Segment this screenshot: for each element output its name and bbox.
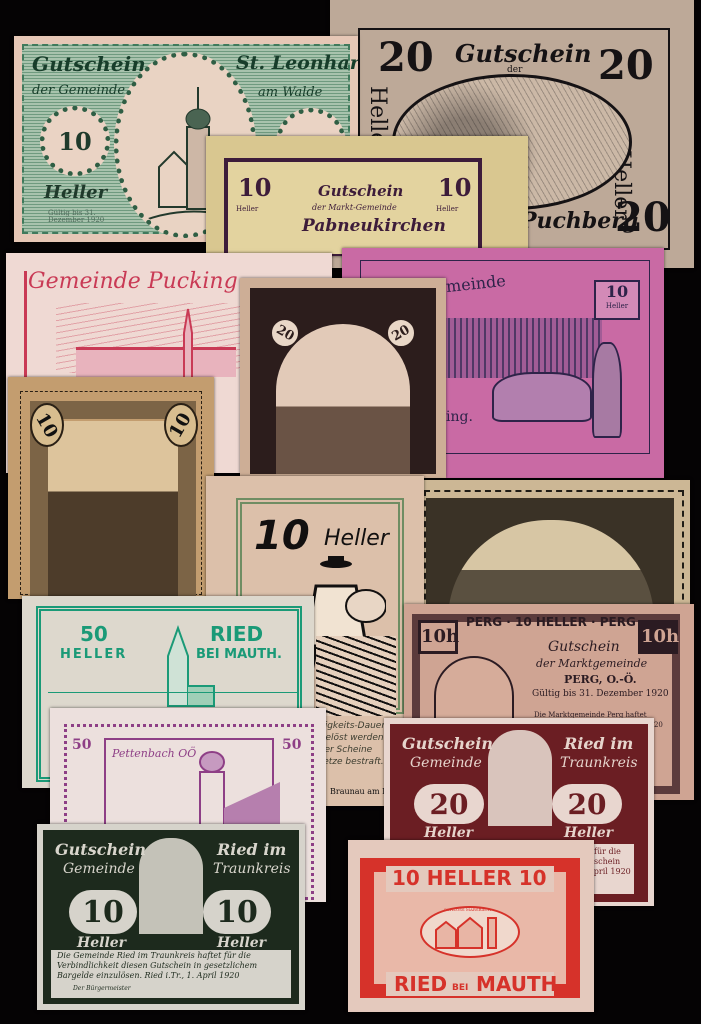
- value-medallion: 10: [40, 106, 110, 176]
- value-badge-right: 20: [386, 318, 416, 348]
- value-number: 10h: [421, 626, 459, 647]
- value-number: 10: [82, 895, 124, 930]
- castle-drawing: [422, 908, 520, 958]
- value-number: 10: [166, 409, 197, 441]
- value-cartouche-left: 20: [414, 784, 484, 824]
- text-line-2: Verbindlichkeit diesen Gutschein in gese…: [57, 962, 257, 970]
- text-line-3: Bargelde einzulösen. Ried i.Tr., 1. Apri…: [57, 972, 239, 980]
- note-ried-bei-mauth-10-heller: 10 HELLER 10 SCHLOSS MARSBACH RIED BEI M…: [348, 840, 594, 1012]
- corner-value-left: 10h: [418, 620, 458, 654]
- note-title: Gutschein: [455, 42, 591, 66]
- unit-right: Heller: [436, 206, 458, 213]
- value-badge-left: 20: [270, 318, 300, 348]
- validity-text: Gültig bis 31. Dezember 1920: [48, 210, 118, 224]
- place-name: Pettenbach OÖ: [112, 748, 196, 759]
- value-number: 10: [58, 127, 91, 156]
- dovecote-value-box: 10 Heller: [594, 280, 640, 320]
- place-name-2: am Walde: [258, 86, 322, 99]
- value-number: 10: [216, 895, 258, 930]
- unit-left: Heller: [424, 826, 473, 840]
- church-cloud-illustration: [488, 730, 552, 826]
- place-middle: BEI: [452, 984, 468, 993]
- place-name-2: Traunkreis: [560, 756, 638, 770]
- place-name: PERG, O.-Ö.: [564, 674, 637, 685]
- text-line-1: für die: [594, 848, 621, 856]
- caption-text: SCHLOSS MARSBACH: [444, 908, 491, 912]
- castle-oval-illustration: [420, 906, 520, 958]
- note-subtitle: Gemeinde: [63, 862, 135, 876]
- text-line-2: schein: [594, 858, 620, 866]
- value-left: 10: [238, 176, 271, 200]
- value-badge-left: 10: [30, 403, 64, 447]
- arch-landscape-illustration: [276, 324, 410, 474]
- value-number: 50: [80, 624, 108, 644]
- note-title: Gutschein: [318, 184, 403, 199]
- place-name: Ried im: [564, 736, 633, 752]
- corner-value-right: 10h: [638, 620, 678, 654]
- note-title: Gemeinde Pucking: [28, 271, 238, 293]
- value-number: 10: [254, 516, 310, 556]
- place-name: Puchberg: [520, 210, 638, 232]
- note-title: Gutschein: [548, 640, 620, 654]
- value-number: 20: [273, 322, 296, 344]
- church-drawing: [158, 626, 218, 716]
- unit-label: Heller: [596, 302, 638, 310]
- value-cartouche-left: 10: [69, 890, 137, 934]
- note-ried-traunkreis-10-heller: Gutschein Gemeinde Ried im Traunkreis 10…: [37, 824, 305, 1010]
- value-number: 20: [389, 322, 412, 344]
- unit-label: Heller: [44, 184, 107, 202]
- note-subtitle: der Markt-Gemeinde: [312, 204, 397, 212]
- place-name-2: MAUTH.: [476, 974, 565, 994]
- value-number: 20: [430, 788, 469, 821]
- place-fragment: ing.: [446, 410, 473, 424]
- unit-label: Heller: [324, 528, 389, 550]
- note-sunrise-castle-10-heller: 10 10: [8, 377, 214, 599]
- value-badge-right: 10: [164, 403, 198, 447]
- header-text: 10 HELLER 10: [392, 868, 547, 888]
- value-top-left: 20: [378, 38, 434, 78]
- note-pabneukirchen-10-heller: 10 10 Gutschein der Markt-Gemeinde Pabne…: [206, 136, 528, 256]
- note-landscape-arch: [418, 480, 690, 610]
- farm-woman-figure: [592, 342, 622, 438]
- place-name: Ried im: [217, 842, 286, 858]
- note-title: Gutschein: [402, 736, 493, 752]
- value-number: 10: [596, 282, 638, 302]
- church-cloud-illustration: [139, 838, 203, 934]
- note-subtitle: der Gemeinde: [32, 84, 125, 97]
- signature-label: Der Bürgermeister: [73, 986, 131, 992]
- value-number: 20: [568, 788, 607, 821]
- value-number: 10: [32, 409, 63, 441]
- validity-text: Gültig bis 31. Dezember 1920: [532, 690, 669, 699]
- value-cartouche-right: 10: [203, 890, 271, 934]
- value-top-right: 20: [598, 46, 654, 86]
- unit-left: Heller: [236, 206, 258, 213]
- value-right: 10: [438, 176, 471, 200]
- field-furrows: [316, 636, 396, 716]
- place-name: RIED: [394, 974, 447, 994]
- mountain-castle-illustration: [48, 421, 178, 597]
- header-text: PERG · 10 HELLER · PERG: [466, 616, 636, 628]
- place-name: St. Leonhard: [236, 54, 358, 73]
- text-line-3: April 1920: [588, 868, 631, 876]
- value-left: 50: [72, 738, 91, 752]
- unit-label: HELLER: [60, 648, 127, 661]
- note-subtitle: Gemeinde: [410, 756, 482, 770]
- unit-left: Heller: [77, 936, 126, 950]
- value-cartouche-right: 20: [552, 784, 622, 824]
- farm-building-illustration: [442, 318, 602, 378]
- note-title: Gutschein: [55, 842, 146, 858]
- unit-right: Heller: [564, 826, 613, 840]
- place-name: Pabneukirchen: [302, 218, 446, 235]
- place-name-2: Traunkreis: [213, 862, 291, 876]
- village-church-illustration: [76, 347, 236, 377]
- unit-right: Heller: [217, 936, 266, 950]
- cows-illustration: [492, 372, 592, 422]
- hills-line: [48, 692, 298, 702]
- note-brown-20-heller: 20 20: [240, 278, 446, 478]
- value-number: 10h: [641, 626, 679, 647]
- text-line-1: Die Gemeinde Ried im Traunkreis haftet f…: [57, 952, 251, 960]
- note-subtitle: der Marktgemeinde: [536, 658, 647, 669]
